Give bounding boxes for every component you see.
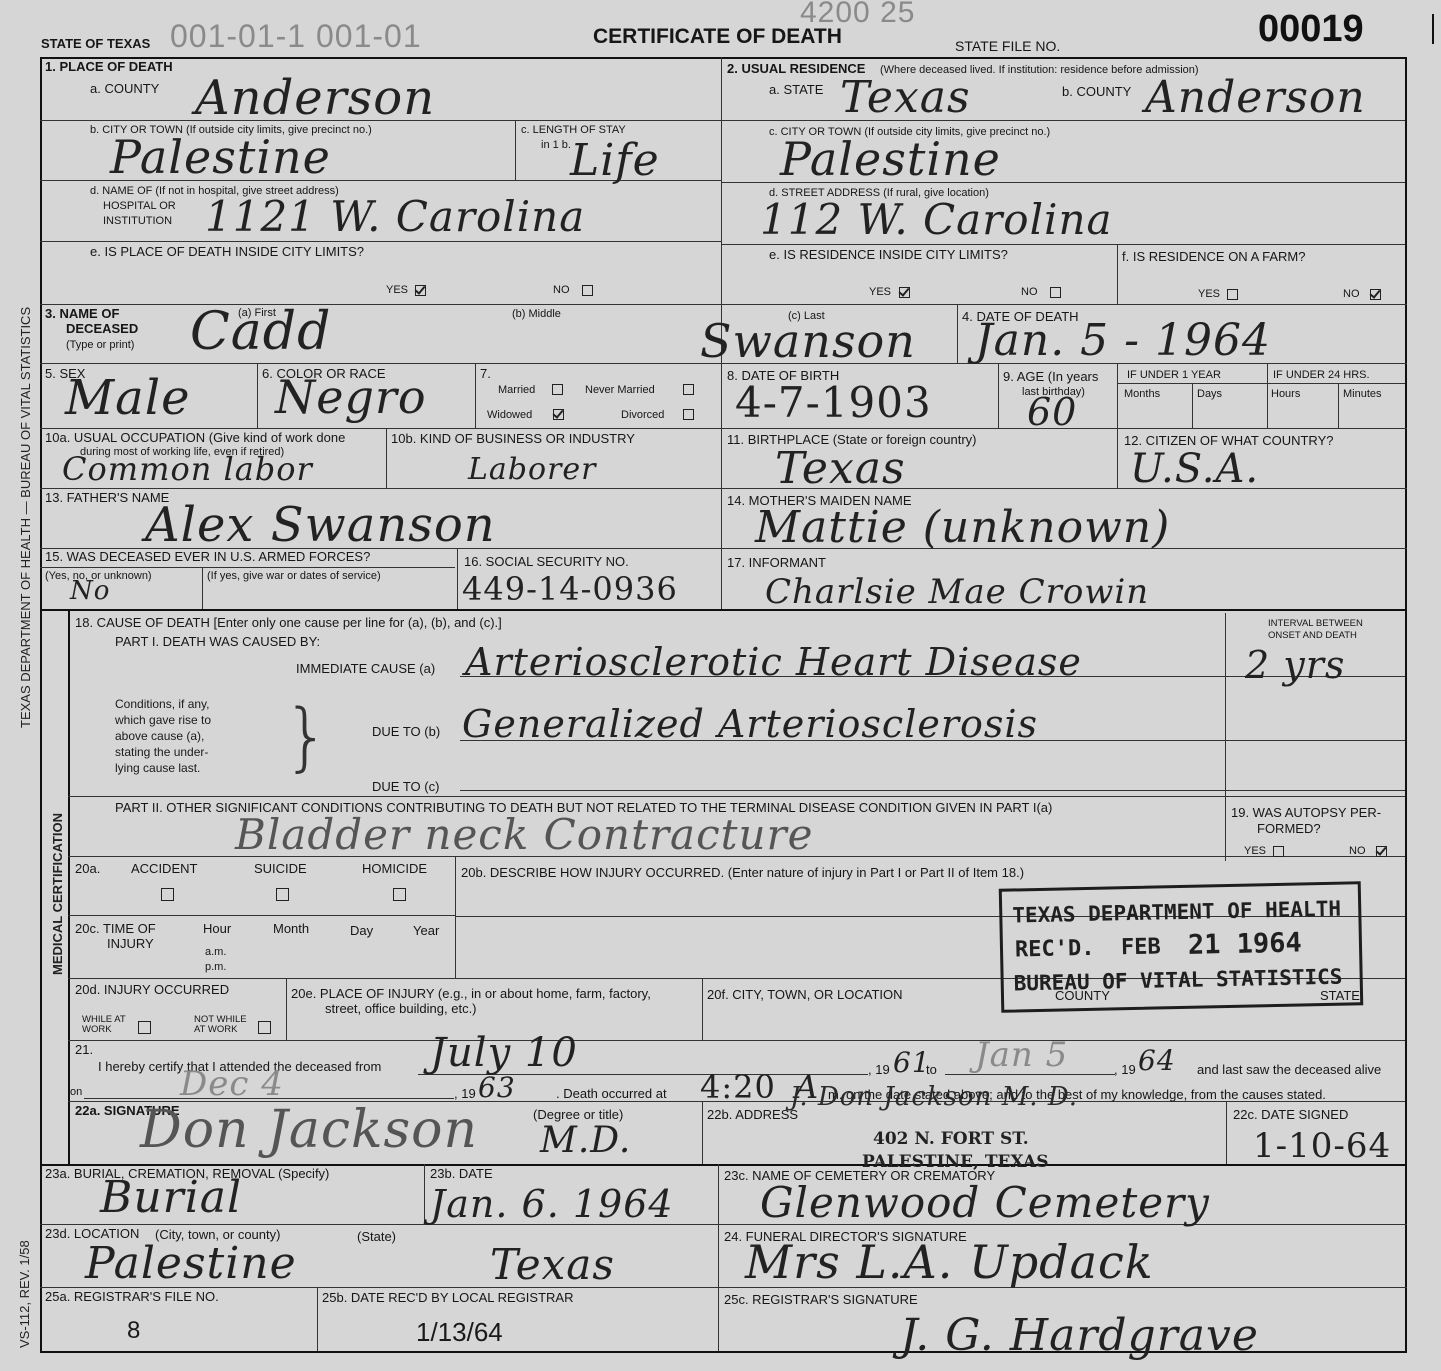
ssn-value[interactable]: 449-14-0936: [462, 570, 678, 608]
burial-type-value[interactable]: Burial: [100, 1172, 242, 1223]
burial-state-value[interactable]: Texas: [490, 1240, 615, 1289]
row-line: [68, 1040, 1405, 1041]
minutes-label: Minutes: [1343, 388, 1382, 400]
not-work-label-2: AT WORK: [194, 1025, 237, 1035]
business-label: 10b. KIND OF BUSINESS OR INDUSTRY: [391, 432, 635, 446]
divorced-checkbox[interactable]: [683, 409, 694, 420]
conditions-note: Conditions, if any, which gave rise to a…: [115, 696, 211, 776]
last-seen-year-prefix: , 19: [454, 1087, 476, 1101]
registrar-file-value[interactable]: 8: [127, 1317, 140, 1345]
under-year-label: IF UNDER 1 YEAR: [1127, 369, 1221, 381]
cemetery-value[interactable]: Glenwood Cemetery: [760, 1178, 1210, 1227]
from-year-prefix: , 19: [868, 1063, 890, 1077]
stamp-month: FEB: [1121, 934, 1161, 960]
burial-date-value[interactable]: Jan. 6. 1964: [430, 1182, 674, 1226]
col-line: [1117, 363, 1118, 428]
stamp-line-3: BUREAU OF VITAL STATISTICS: [1013, 965, 1342, 996]
death-time-value[interactable]: 4:20: [700, 1068, 776, 1106]
accident-label: ACCIDENT: [131, 862, 197, 876]
residence-state-label: a. STATE: [769, 83, 823, 97]
armed-forces-value[interactable]: No: [70, 576, 110, 606]
death-city-value[interactable]: Palestine: [110, 130, 331, 184]
received-stamp: TEXAS DEPARTMENT OF HEALTH REC'D. FEB 21…: [999, 881, 1364, 1013]
inside-city-label: e. IS PLACE OF DEATH INSIDE CITY LIMITS?: [90, 245, 364, 259]
row-line: [460, 790, 1405, 791]
state-file-label: STATE FILE NO.: [955, 39, 1060, 53]
pm-label: p.m.: [205, 961, 226, 973]
on-label: on: [70, 1085, 82, 1099]
interval-value[interactable]: 2 yrs: [1245, 643, 1345, 687]
residence-county-value[interactable]: Anderson: [1145, 72, 1366, 123]
informant-value[interactable]: Charlsie Mae Crowin: [765, 572, 1149, 612]
no-label: NO: [1349, 845, 1366, 857]
never-married-label: Never Married: [585, 384, 655, 396]
describe-injury-label: 20b. DESCRIBE HOW INJURY OCCURRED. (Ente…: [461, 866, 1024, 880]
last-name-value[interactable]: Swanson: [700, 314, 916, 368]
informant-label: 17. INFORMANT: [727, 556, 826, 570]
father-name-value[interactable]: Alex Swanson: [145, 497, 496, 553]
dob-value[interactable]: 4-7-1903: [735, 378, 932, 427]
marital-label: 7.: [480, 367, 491, 381]
medical-certification-label: MEDICAL CERTIFICATION: [50, 813, 65, 975]
row-line: [40, 609, 1407, 611]
frame-left: [40, 57, 42, 1353]
certification-number: 21.: [75, 1043, 93, 1057]
col-line: [475, 363, 476, 428]
registrar-file-label: 25a. REGISTRAR'S FILE NO.: [45, 1290, 219, 1304]
homicide-label: HOMICIDE: [362, 862, 427, 876]
row-line: [721, 244, 1405, 245]
col-line: [257, 363, 258, 428]
stamp-date: 21 1964: [1188, 927, 1302, 960]
physician-address-line-1: 402 N. FORT ST.: [873, 1129, 1029, 1149]
year-label: Year: [413, 924, 439, 938]
frame-top: [40, 57, 1407, 59]
col-line: [1117, 428, 1118, 488]
divorced-label: Divorced: [621, 409, 664, 421]
deceased-name-label-2: DECEASED: [66, 322, 138, 336]
yes-label: YES: [869, 286, 891, 298]
row-line: [68, 915, 455, 916]
col-line: [317, 1287, 318, 1351]
residence-county-label: b. COUNTY: [1062, 85, 1131, 99]
occupation-label: 10a. USUAL OCCUPATION (Give kind of work…: [45, 431, 345, 445]
row-line: [68, 796, 1405, 797]
interval-label-2: ONSET AND DEATH: [1268, 631, 1357, 641]
business-value[interactable]: Laborer: [468, 452, 597, 487]
under-day-label: IF UNDER 24 HRS.: [1273, 369, 1370, 381]
hospital-label-3: INSTITUTION: [103, 215, 172, 227]
row-line: [40, 241, 721, 242]
yes-label: YES: [386, 284, 408, 296]
part1-label: PART I. DEATH WAS CAUSED BY:: [115, 635, 320, 649]
col-line: [957, 304, 958, 363]
department-side-label: TEXAS DEPARTMENT OF HEALTH — BUREAU OF V…: [18, 307, 33, 728]
accident-checkbox[interactable]: [161, 888, 174, 901]
autopsy-yes-checkbox[interactable]: [1273, 846, 1284, 857]
armed-forces-sub2: (If yes, give war or dates of service): [207, 570, 381, 582]
death-inside-city-no-checkbox[interactable]: [582, 285, 593, 296]
farm-yes-checkbox[interactable]: [1227, 289, 1238, 300]
residence-inside-city-yes-checkbox[interactable]: [899, 287, 910, 298]
attended-from-date[interactable]: July 10: [430, 1030, 578, 1076]
while-work-label-2: WORK: [82, 1025, 112, 1035]
col-line: [202, 567, 203, 609]
form-revision-label: VS-112, REV. 1/58: [17, 1240, 32, 1348]
row-line: [40, 567, 455, 568]
physician-degree[interactable]: M.D.: [540, 1120, 631, 1161]
birthplace-value[interactable]: Texas: [775, 443, 906, 494]
middle-name-label: (b) Middle: [512, 308, 561, 320]
col-line: [998, 363, 999, 428]
due-to-b-value[interactable]: Generalized Arteriosclerosis: [462, 702, 1038, 746]
no-label: NO: [1021, 286, 1038, 298]
mother-name-value[interactable]: Mattie (unknown): [755, 502, 1170, 553]
am-label: a.m.: [205, 946, 226, 958]
married-checkbox[interactable]: [552, 384, 563, 395]
married-label: Married: [498, 384, 535, 396]
certify-text-2: and last saw the deceased alive: [1197, 1063, 1381, 1077]
months-label: Months: [1124, 388, 1160, 400]
date-signed-value[interactable]: 1-10-64: [1253, 1126, 1391, 1166]
conditions-note-line: stating the under-: [115, 744, 211, 760]
col-line: [702, 1101, 703, 1164]
deceased-name-label-3: (Type or print): [66, 339, 134, 351]
age-value[interactable]: 60: [1027, 390, 1077, 434]
col-line: [515, 120, 516, 180]
widowed-label: Widowed: [487, 409, 532, 421]
immediate-cause-value[interactable]: Arteriosclerotic Heart Disease: [465, 640, 1082, 684]
hours-label: Hours: [1271, 388, 1300, 400]
stamp-line-2-prefix: REC'D.: [1015, 936, 1095, 963]
conditions-note-line: lying cause last.: [115, 760, 211, 776]
address-label: 22b. ADDRESS: [707, 1108, 798, 1122]
interval-label: INTERVAL BETWEEN: [1268, 619, 1363, 629]
col-line: [286, 978, 287, 1040]
col-line: [1338, 383, 1339, 428]
residence-inside-label: e. IS RESIDENCE INSIDE CITY LIMITS?: [769, 248, 1008, 262]
first-name-value[interactable]: Cadd: [190, 302, 331, 362]
deceased-name-label: 3. NAME OF: [45, 307, 119, 321]
death-date-value[interactable]: Jan. 5 - 1964: [975, 315, 1271, 366]
col-line: [1225, 613, 1226, 861]
autopsy-no-checkbox[interactable]: [1376, 846, 1387, 857]
never-married-checkbox[interactable]: [683, 384, 694, 395]
time-of-injury-label-2: INJURY: [107, 937, 154, 951]
ssn-label: 16. SOCIAL SECURITY NO.: [464, 555, 629, 569]
location-sub2: (State): [357, 1230, 396, 1244]
physician-signature[interactable]: Don Jackson: [140, 1100, 478, 1160]
age-label: 9. AGE (In years: [1003, 370, 1098, 384]
farm-no-checkbox[interactable]: [1370, 289, 1381, 300]
due-to-b-label: DUE TO (b): [372, 725, 440, 739]
county-label: a. COUNTY: [90, 82, 159, 96]
immediate-cause-label: IMMEDIATE CAUSE (a): [296, 662, 435, 676]
death-occurred-label: . Death occurred at: [556, 1087, 667, 1101]
to-label: to: [926, 1063, 937, 1077]
conditions-note-line: above cause (a),: [115, 728, 211, 744]
no-label: NO: [1343, 288, 1360, 300]
pencil-note: 4200 25: [800, 0, 915, 30]
state-of-texas-label: STATE OF TEXAS: [41, 37, 150, 51]
state-code-pencil: 001-01-1 001-01: [170, 18, 422, 55]
no-label: NO: [553, 284, 570, 296]
col-line: [1192, 383, 1193, 428]
col-line: [455, 856, 456, 978]
attended-from-year[interactable]: 61: [893, 1046, 931, 1079]
hospital-value[interactable]: 1121 W. Carolina: [205, 192, 585, 241]
conditions-note-line: Conditions, if any,: [115, 696, 211, 712]
residence-city-value[interactable]: Palestine: [780, 132, 1001, 186]
edge-mark: [1432, 14, 1434, 44]
injury-type-label: 20a.: [75, 862, 100, 876]
race-value[interactable]: Negro: [275, 370, 427, 424]
citizen-value[interactable]: U.S.A.: [1130, 446, 1259, 492]
stamp-line-1: TEXAS DEPARTMENT OF HEALTH: [1012, 897, 1341, 928]
hour-label: Hour: [203, 922, 231, 936]
death-county-value[interactable]: Anderson: [195, 70, 435, 126]
row-line: [1117, 383, 1405, 384]
col-line: [424, 1164, 425, 1224]
place-of-injury-label-2: street, office building, etc.): [325, 1002, 477, 1016]
date-signed-label: 22c. DATE SIGNED: [1233, 1108, 1348, 1122]
residence-inside-city-no-checkbox[interactable]: [1050, 287, 1061, 298]
registrar-signature-label: 25c. REGISTRAR'S SIGNATURE: [724, 1293, 918, 1307]
death-inside-city-yes-checkbox[interactable]: [415, 285, 426, 296]
not-at-work-checkbox[interactable]: [258, 1021, 271, 1034]
col-line: [702, 978, 703, 1040]
while-at-work-checkbox[interactable]: [138, 1021, 151, 1034]
place-of-death-label: 1. PLACE OF DEATH: [45, 60, 173, 74]
widowed-checkbox[interactable]: [553, 409, 564, 420]
burial-city-value[interactable]: Palestine: [85, 1238, 297, 1289]
state-file-number: 00019: [1258, 8, 1364, 51]
day-label: Day: [350, 924, 373, 938]
due-to-c-label: DUE TO (c): [372, 780, 439, 794]
last-seen-date[interactable]: Dec 4: [180, 1064, 284, 1104]
sex-value[interactable]: Male: [65, 370, 191, 426]
registrar-date-value[interactable]: 1/13/64: [416, 1317, 503, 1348]
stay-value[interactable]: Life: [570, 135, 660, 186]
last-seen-year[interactable]: 63: [478, 1071, 516, 1104]
funeral-director-signature[interactable]: Mrs L.A. Updack: [745, 1235, 1154, 1289]
street-value[interactable]: 112 W. Carolina: [760, 195, 1113, 244]
armed-forces-label: 15. WAS DECEASED EVER IN U.S. ARMED FORC…: [45, 550, 370, 564]
attended-to-date[interactable]: Jan 5: [975, 1035, 1068, 1075]
occupation-value[interactable]: Common labor: [62, 450, 313, 488]
typed-physician-name: J. Don Jackson M. D.: [790, 1082, 1078, 1112]
time-of-injury-label: 20c. TIME OF: [75, 922, 156, 936]
farm-label: f. IS RESIDENCE ON A FARM?: [1122, 250, 1306, 264]
autopsy-label: 19. WAS AUTOPSY PER-: [1231, 806, 1381, 820]
suicide-checkbox[interactable]: [276, 888, 289, 901]
to-year-prefix: , 19: [1114, 1063, 1136, 1077]
homicide-checkbox[interactable]: [393, 888, 406, 901]
hospital-label-2: HOSPITAL OR: [103, 200, 176, 212]
month-label: Month: [273, 922, 309, 936]
attended-to-year[interactable]: 64: [1138, 1044, 1176, 1077]
bracket-decoration: }: [283, 700, 330, 774]
col-line: [1226, 1101, 1227, 1164]
days-label: Days: [1197, 388, 1222, 400]
place-of-injury-label: 20e. PLACE OF INJURY (e.g., in or about …: [291, 987, 651, 1001]
frame-right: [1405, 57, 1407, 1353]
col-line: [386, 428, 387, 488]
part2-value[interactable]: Bladder neck Contracture: [235, 810, 813, 859]
stay-sub-label: in 1 b.: [541, 139, 571, 151]
yes-label: YES: [1244, 845, 1266, 857]
registrar-signature[interactable]: J. G. Hardgrave: [900, 1310, 1259, 1361]
conditions-note-line: which gave rise to: [115, 712, 211, 728]
row-line: [40, 428, 1407, 429]
registrar-date-label: 25b. DATE REC'D BY LOCAL REGISTRAR: [322, 1291, 573, 1305]
burial-date-label: 23b. DATE: [430, 1167, 493, 1181]
injury-city-label: 20f. CITY, TOWN, OR LOCATION: [707, 988, 903, 1002]
autopsy-label-2: FORMED?: [1257, 822, 1321, 836]
residence-state-value[interactable]: Texas: [840, 72, 971, 123]
col-line: [1117, 244, 1118, 304]
col-line: [718, 1164, 719, 1351]
cause-of-death-label: 18. CAUSE OF DEATH [Enter only one cause…: [75, 616, 502, 630]
medical-inner-border: [68, 609, 70, 1164]
yes-label: YES: [1198, 288, 1220, 300]
suicide-label: SUICIDE: [254, 862, 307, 876]
injury-occurred-label: 20d. INJURY OCCURRED: [75, 983, 229, 997]
col-line: [1267, 363, 1268, 428]
col-line: [457, 548, 458, 609]
